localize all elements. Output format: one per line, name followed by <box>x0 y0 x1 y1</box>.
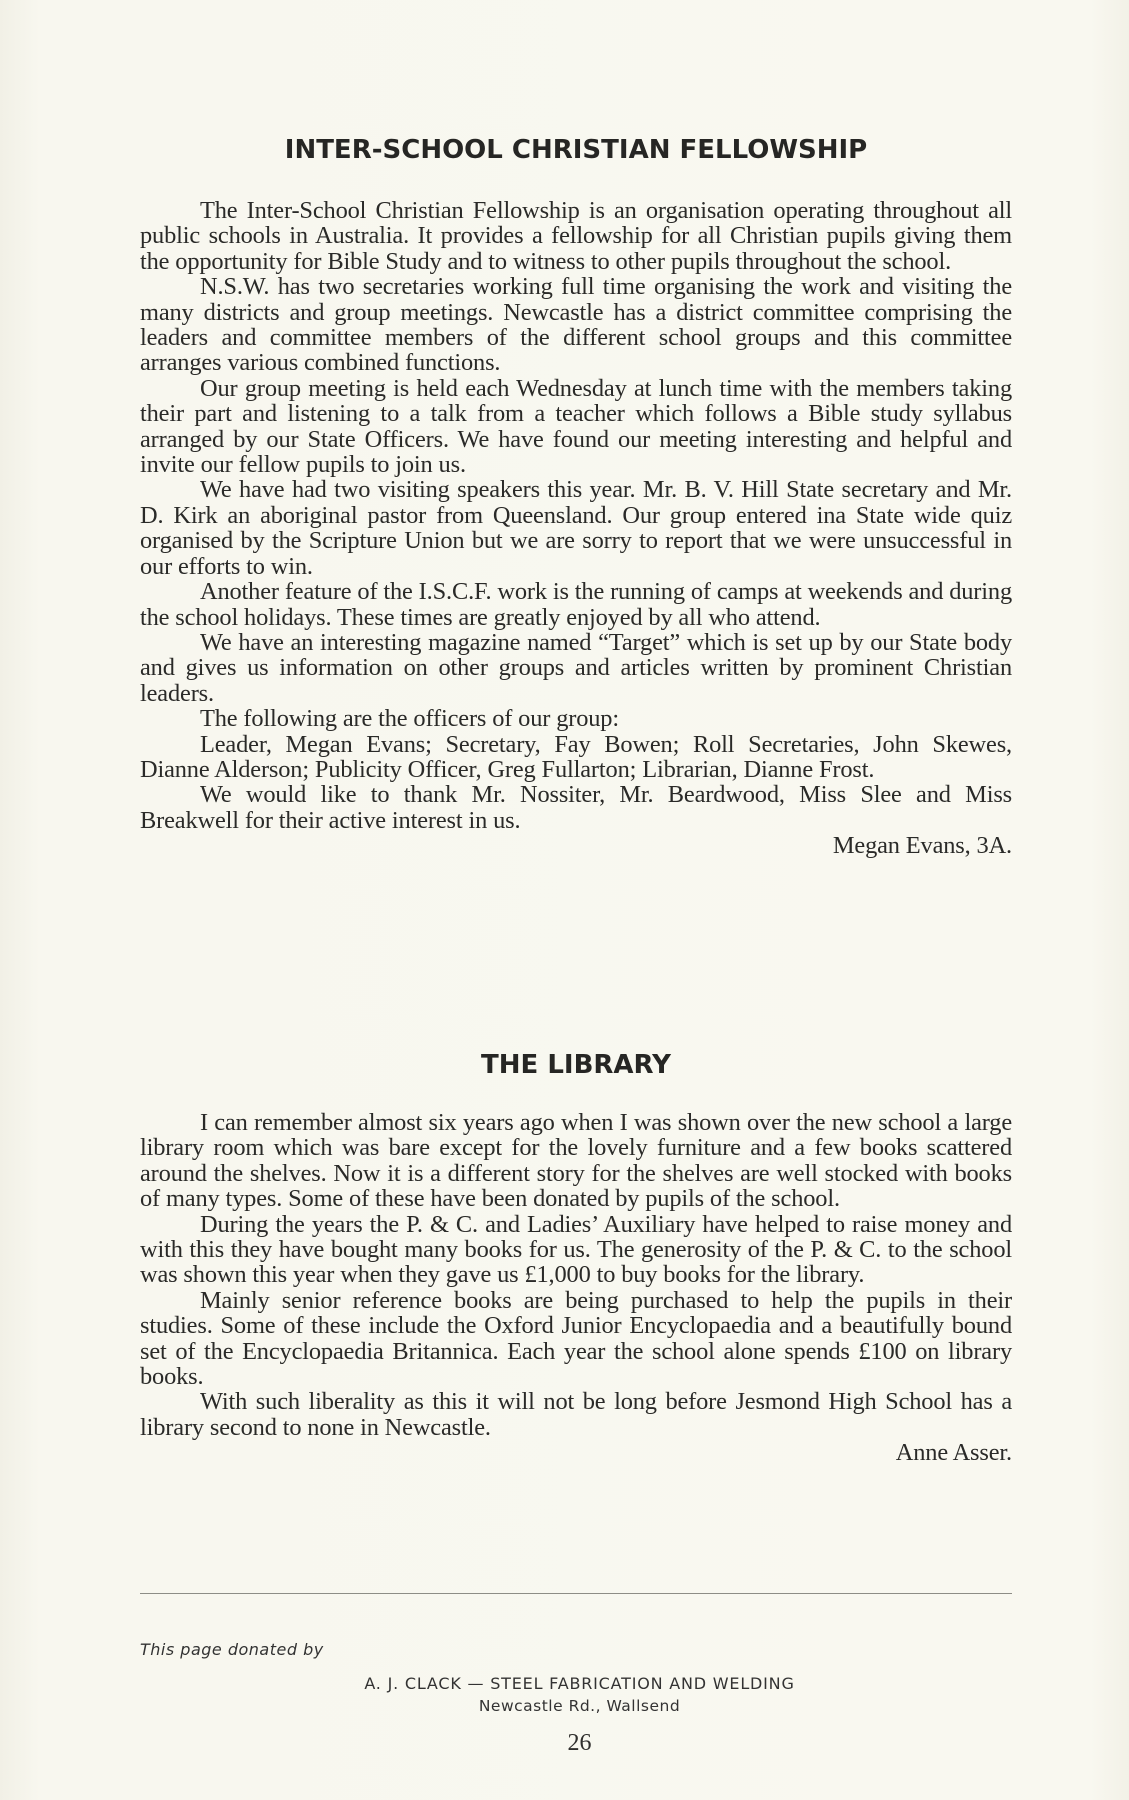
paragraph: Leader, Megan Evans; Secretary, Fay Bowe… <box>140 732 1012 783</box>
page: INTER-SCHOOL CHRISTIAN FELLOWSHIP The In… <box>0 0 1129 1800</box>
paragraph: N.S.W. has two secretaries working full … <box>140 274 1012 376</box>
paragraph: We have an interesting magazine named “T… <box>140 630 1012 706</box>
page-number: 26 <box>0 1730 1129 1757</box>
paragraph: The Inter-School Christian Fellowship is… <box>140 198 1012 274</box>
section-iscf: INTER-SCHOOL CHRISTIAN FELLOWSHIP <box>140 135 1012 165</box>
paragraph: The following are the officers of our gr… <box>140 706 1012 731</box>
paragraph: Another feature of the I.S.C.F. work is … <box>140 579 1012 630</box>
paragraph: With such liberality as this it will not… <box>140 1389 1012 1440</box>
donated-label: This page donated by <box>140 1640 324 1659</box>
signature: Megan Evans, 3A. <box>140 833 1012 858</box>
paragraph: During the years the P. & C. and Ladies’… <box>140 1212 1012 1288</box>
paragraph: Mainly senior reference books are being … <box>140 1288 1012 1390</box>
section-library: THE LIBRARY <box>140 1050 1012 1080</box>
content-column: INTER-SCHOOL CHRISTIAN FELLOWSHIP The In… <box>140 0 1012 1600</box>
sponsor-address: Newcastle Rd., Wallsend <box>0 1697 1129 1715</box>
section-heading: INTER-SCHOOL CHRISTIAN FELLOWSHIP <box>140 135 1012 165</box>
footer-divider <box>140 1593 1012 1594</box>
paragraph: We would like to thank Mr. Nossiter, Mr.… <box>140 782 1012 833</box>
paragraph: We have had two visiting speakers this y… <box>140 477 1012 579</box>
section-heading: THE LIBRARY <box>140 1050 1012 1080</box>
section-body-library: I can remember almost six years ago when… <box>140 1110 1012 1466</box>
sponsor-name: A. J. CLACK — STEEL FABRICATION AND WELD… <box>0 1674 1129 1693</box>
paragraph: I can remember almost six years ago when… <box>140 1110 1012 1212</box>
signature: Anne Asser. <box>140 1440 1012 1465</box>
paragraph: Our group meeting is held each Wednesday… <box>140 376 1012 478</box>
section-body-iscf: The Inter-School Christian Fellowship is… <box>140 198 1012 859</box>
